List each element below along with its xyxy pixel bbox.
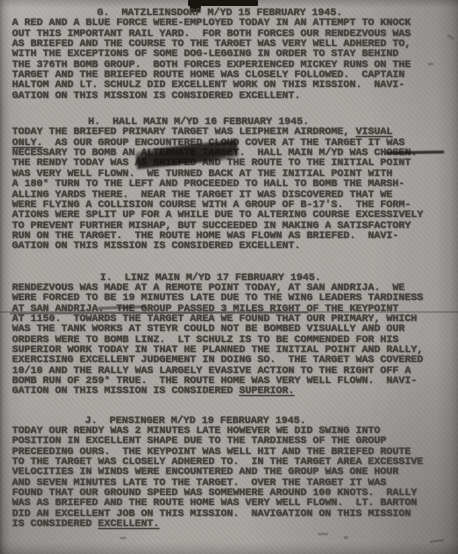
mission-section-i: I. LINZ MAIN M/YD 17 FEBRUARY 1945.RENDE… [12, 273, 452, 397]
mission-section-h: H. HALL MAIN M/YD 16 FEBRUARY 1945.TODAY… [12, 117, 452, 251]
text-line: GATION ON THIS MISSION IS CONSIDERED EXC… [12, 91, 452, 101]
stray-speck [318, 533, 328, 535]
text-line: A 180° TURN TO THE LEFT AND PROCEEDED TO… [12, 179, 452, 189]
scanned-document-page: G. MATZLEINSDORF M/YD 15 FEBRUARY 1945.A… [0, 0, 458, 554]
stray-speck [344, 536, 348, 539]
stray-speck [120, 537, 126, 539]
underlined-text: EXCELLENT. [98, 518, 159, 530]
document-text: G. MATZLEINSDORF M/YD 15 FEBRUARY 1945.A… [12, 8, 452, 529]
text-line: GATION ON THIS MISSION IS CONSIDERED SUP… [12, 386, 452, 396]
underlined-text: SUPERIOR. [239, 385, 294, 397]
stray-speck [430, 539, 444, 543]
text-line: GATION ON THIS MISSION IS CONSIDERED EXC… [12, 241, 452, 251]
black-clip-mark [188, 0, 258, 6]
mission-section-j: J. PENSINGER M/YD 19 FEBRUARY 1945.TODAY… [12, 416, 452, 530]
stray-speck [428, 63, 433, 65]
text-line: ATIONS WERE SPLIT UP FOR A WHILE DUE TO … [12, 210, 452, 220]
text-line: IS CONSIDERED EXCELLENT. [12, 519, 452, 529]
mission-section-g: G. MATZLEINSDORF M/YD 15 FEBRUARY 1945.A… [12, 8, 452, 101]
